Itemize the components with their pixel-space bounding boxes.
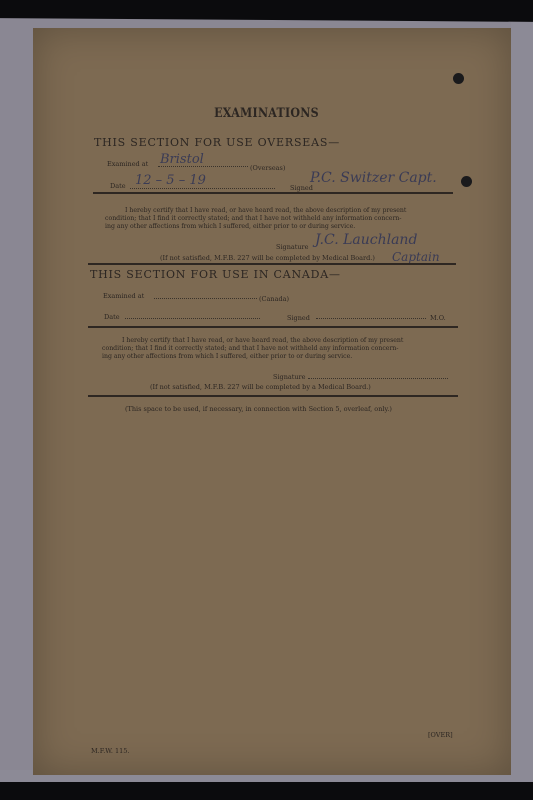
canada-section-heading: THIS SECTION FOR USE IN CANADA—: [90, 268, 341, 281]
divider: [88, 326, 458, 328]
overseas-examined-at-label: Examined at: [107, 160, 148, 168]
canada-certification: I hereby certify that I have read, or ha…: [102, 337, 450, 361]
overseas-signed-value: P.C. Switzer Capt.: [310, 170, 437, 186]
overseas-signature-label: Signature: [276, 243, 309, 251]
overseas-signature-rank: Captain: [392, 250, 440, 264]
overseas-examined-at-suffix: (Overseas): [250, 164, 285, 172]
canada-signed-label: Signed: [287, 314, 310, 322]
form-number: M.F.W. 115.: [91, 747, 129, 755]
canada-examined-at-suffix: (Canada): [259, 295, 289, 303]
punch-hole: [461, 176, 472, 187]
mounting-board-edge: [511, 22, 533, 782]
overseas-examined-at-value: Bristol: [160, 152, 204, 167]
space-note: (This space to be used, if necessary, in…: [125, 405, 392, 413]
canada-signed-suffix: M.O.: [430, 314, 446, 322]
canada-examined-at-field[interactable]: [154, 298, 257, 299]
overseas-date-field: [130, 188, 275, 189]
canada-date-field[interactable]: [125, 318, 260, 319]
punch-hole: [453, 73, 464, 84]
canada-examined-at-label: Examined at: [103, 292, 144, 300]
overseas-section-heading: THIS SECTION FOR USE OVERSEAS—: [94, 136, 340, 149]
canada-signature-label: Signature: [273, 373, 306, 381]
divider: [88, 395, 458, 397]
overseas-note: (If not satisfied, M.F.B. 227 will be co…: [160, 254, 375, 262]
divider: [93, 192, 453, 194]
canada-signature-field[interactable]: [308, 378, 448, 379]
page-title: EXAMINATIONS: [40, 106, 493, 121]
overseas-certification: I hereby certify that I have read, or ha…: [105, 207, 450, 231]
divider: [88, 263, 456, 265]
canada-note: (If not satisfied, M.F.B. 227 will be co…: [150, 383, 371, 391]
canada-signed-field[interactable]: [316, 318, 426, 319]
overseas-date-value: 12 – 5 – 19: [135, 173, 206, 188]
overseas-date-label: Date: [110, 182, 126, 190]
over-label: [OVER]: [428, 731, 453, 739]
overseas-signature-value: J.C. Lauchland: [315, 232, 417, 248]
canada-date-label: Date: [104, 313, 120, 321]
overseas-examined-at-field: [158, 166, 248, 167]
